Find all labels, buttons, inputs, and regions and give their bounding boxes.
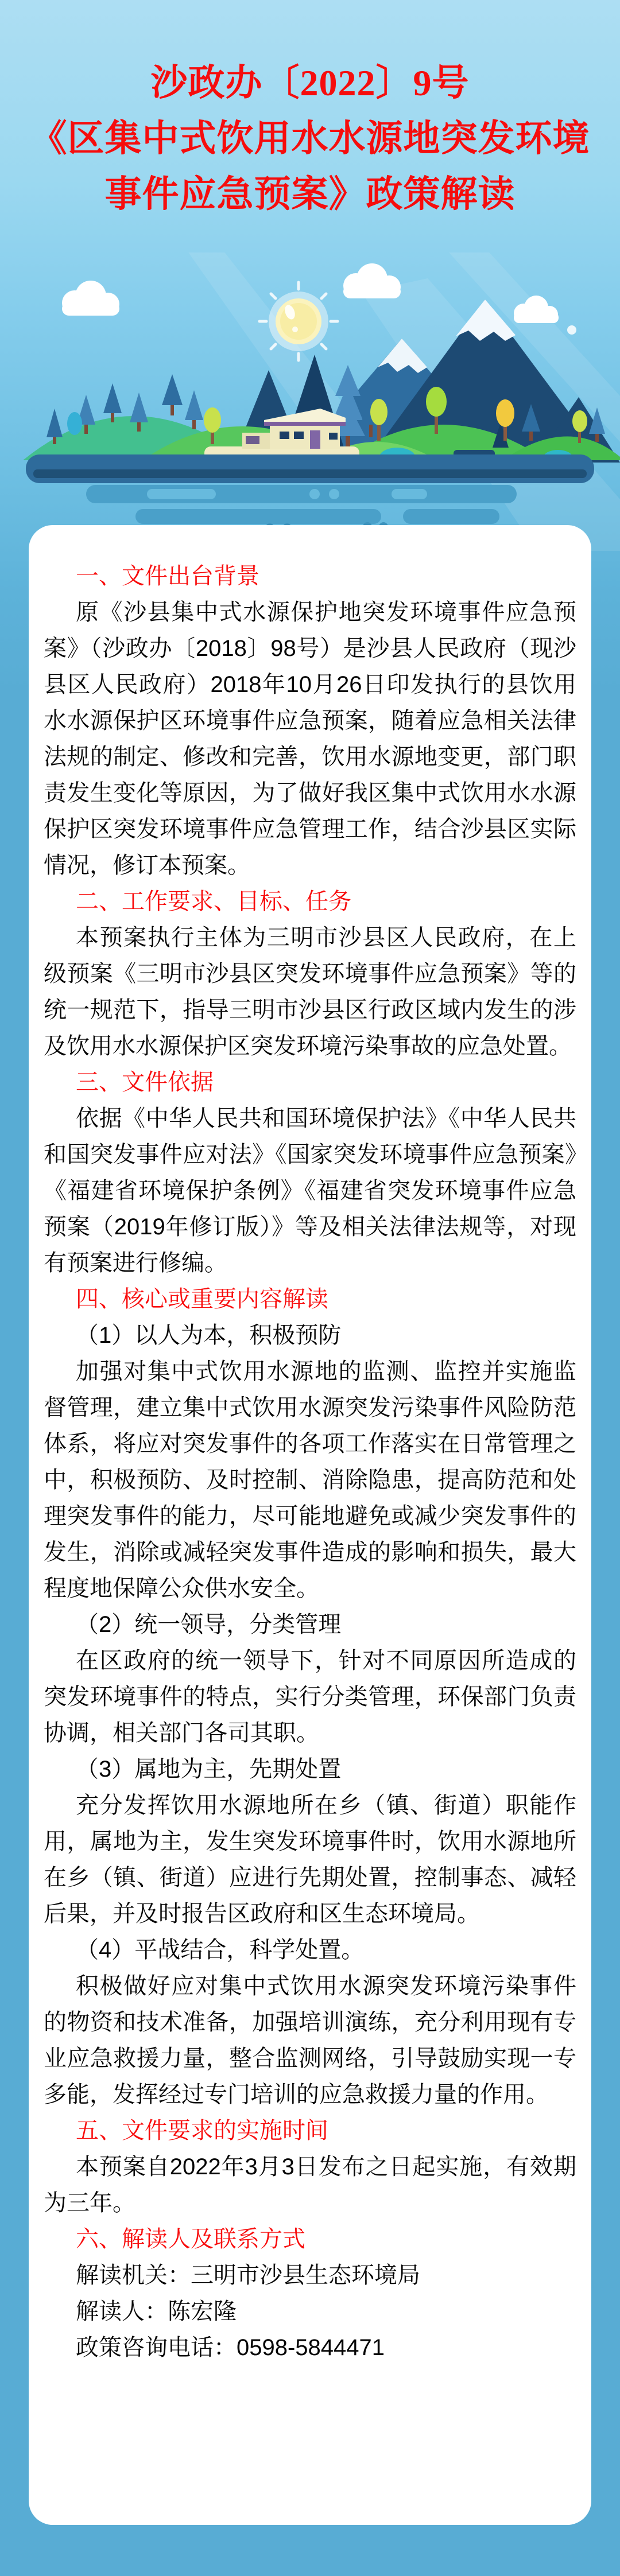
contact-line: 解读机关：三明市沙县生态环境局: [44, 2258, 576, 2294]
section-heading: 三、文件依据: [44, 1064, 576, 1101]
section-heading: 四、核心或重要内容解读: [44, 1281, 576, 1318]
paragraph: 充分发挥饮用水源地所在乡（镇、街道）职能作用，属地为主，发生突发环境事件时，饮用…: [44, 1788, 576, 1932]
paragraph: 本预案自2022年3月3日发布之日起实施，有效期为三年。: [44, 2149, 576, 2221]
landscape-illustration: [0, 252, 620, 551]
section-heading: 五、文件要求的实施时间: [44, 2113, 576, 2149]
sub-heading: （4）平战结合，科学处置。: [44, 1932, 576, 1968]
paragraph: 原《沙县集中式水源保护地突发环境事件应急预案》（沙政办〔2018〕98号）是沙县…: [44, 595, 576, 884]
paragraph: 加强对集中式饮用水源地的监测、监控并实施监督管理，建立集中式饮用水源突发污染事件…: [44, 1354, 576, 1607]
article-blocks: 一、文件出台背景原《沙县集中式水源保护地突发环境事件应急预案》（沙政办〔2018…: [44, 558, 576, 2366]
paragraph: 积极做好应对集中式饮用水源突发环境污染事件的物资和技术准备，加强培训演练，充分利…: [44, 1968, 576, 2113]
sub-heading: （1）以人为本，积极预防: [44, 1318, 576, 1354]
sun-icon: [259, 282, 338, 360]
title-line-3: 事件应急预案》政策解读: [0, 166, 620, 222]
section-heading: 一、文件出台背景: [44, 558, 576, 595]
paragraph: 本预案执行主体为三明市沙县区人民政府，在上级预案《三明市沙县区突发环境事件应急预…: [44, 920, 576, 1064]
section-heading: 二、工作要求、目标、任务: [44, 884, 576, 920]
page-title: 沙政办〔2022〕9号 《区集中式饮用水水源地突发环境 事件应急预案》政策解读: [0, 55, 620, 222]
policy-interpretation-page: 沙政办〔2022〕9号 《区集中式饮用水水源地突发环境 事件应急预案》政策解读: [0, 0, 620, 2576]
sub-heading: （3）属地为主，先期处置: [44, 1751, 576, 1788]
content-card: 一、文件出台背景原《沙县集中式水源保护地突发环境事件应急预案》（沙政办〔2018…: [29, 525, 591, 2525]
island-platform: [26, 450, 594, 483]
contact-line: 解读人：陈宏隆: [44, 2294, 576, 2330]
landscape-svg: [0, 252, 620, 551]
sub-heading: （2）统一领导，分类管理: [44, 1607, 576, 1643]
paragraph: 在区政府的统一领导下，针对不同原因所造成的突发环境事件的特点，实行分类管理，环保…: [44, 1643, 576, 1751]
title-line-2: 《区集中式饮用水水源地突发环境: [0, 111, 620, 166]
paragraph: 依据《中华人民共和国环境保护法》《中华人民共和国突发事件应对法》《国家突发环境事…: [44, 1101, 576, 1281]
contact-line: 政策咨询电话：0598-5844471: [44, 2330, 576, 2366]
section-heading: 六、解读人及联系方式: [44, 2221, 576, 2258]
title-line-1: 沙政办〔2022〕9号: [0, 55, 620, 111]
